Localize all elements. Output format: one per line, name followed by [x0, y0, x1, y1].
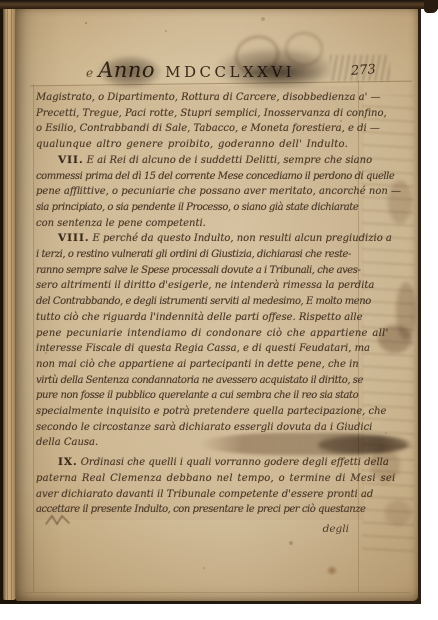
manuscript-line: tutto ciò che riguarda l'indennità delle…: [36, 310, 363, 326]
section-numeral: VIII.: [58, 232, 90, 244]
manuscript-line: del Contrabbando, e degli istrumenti ser…: [36, 294, 363, 310]
line-text: Ordinasi che quelli i quali vorranno god…: [81, 457, 389, 468]
manuscript-line: non mai ciò che appartiene ai partecipan…: [36, 357, 363, 373]
line-text: E ai Rei di alcuno de i suddetti Delitti…: [87, 155, 372, 166]
manuscript-line-viii: VIII.E perché da questo Indulto, non res…: [36, 231, 363, 247]
manuscript-line: pene afflittive, o pecuniarie che possan…: [36, 184, 363, 200]
section-numeral: IX.: [58, 456, 78, 468]
manuscript-line: pure non fosse il pubblico querelante a …: [36, 388, 363, 404]
manuscript-line: interesse Fiscale di questa Regia Cassa,…: [36, 341, 363, 357]
manuscript-line: specialmente inquisito e potrà pretender…: [36, 404, 363, 420]
manuscript-line: i terzi, o restino vulnerati gli ordini …: [36, 247, 363, 263]
header-anno: Anno: [98, 58, 155, 82]
manuscript-line: qualunque altro genere proibito, goderan…: [36, 137, 363, 153]
manuscript-photo: e Anno MDCCLXXVI 273 Magistrato, o Dipar…: [0, 0, 421, 604]
manuscript-line: ranno sempre salve le Spese processali d…: [36, 263, 363, 279]
manuscript-line: della Causa.: [36, 435, 363, 451]
ruled-line-bottom: [22, 592, 410, 593]
manuscript-line: secondo le circostanze sarà dichiarato e…: [36, 420, 363, 436]
manuscript-line: accettare il presente Indulto, con prese…: [36, 502, 363, 518]
line-text: E perché da questo Indulto, non resulti …: [93, 233, 392, 244]
section-numeral: VII.: [58, 154, 84, 166]
manuscript-line: aver dichiarato davanti il Tribunale com…: [36, 487, 363, 503]
manuscript-line: virtù della Sentenza condannatoria ne av…: [36, 373, 363, 389]
book-fore-edge: [3, 6, 17, 600]
manuscript-line: pene pecuniarie intendiamo di condonare …: [36, 326, 363, 342]
book-top-edge-corner: [424, 0, 438, 13]
manuscript-line: o Esilio, Contrabbandi di Sale, Tabacco,…: [36, 121, 363, 137]
manuscript-line-ix: IX.Ordinasi che quelli i quali vorranno …: [36, 455, 363, 471]
header-year-roman: MDCCLXXVI: [165, 63, 295, 81]
manuscript-line: sero altrimenti il diritto d'esigerle, n…: [36, 278, 363, 294]
manuscript-line-vii: VII.E ai Rei di alcuno de i suddetti Del…: [36, 153, 363, 169]
catchword: degli: [36, 523, 363, 535]
book-top-edge: [0, 0, 438, 9]
manuscript-text-block: Magistrato, o Dipartimento, Rottura di C…: [36, 90, 363, 535]
manuscript-line: con sentenza le pene competenti.: [36, 216, 363, 232]
scan-canvas: e Anno MDCCLXXVI 273 Magistrato, o Dipar…: [0, 0, 438, 620]
manuscript-line: Magistrato, o Dipartimento, Rottura di C…: [36, 90, 363, 106]
page-number: 273: [351, 62, 377, 79]
manuscript-line: commessi prima del dì 15 del corrente Me…: [36, 169, 363, 185]
manuscript-line: sia principiato, o sia pendente il Proce…: [36, 200, 363, 216]
page-header: e Anno MDCCLXXVI: [86, 58, 295, 82]
manuscript-line: Precetti, Tregue, Paci rotte, Stupri sem…: [36, 106, 363, 122]
manuscript-line: paterna Real Clemenza debbano nel tempo,…: [36, 471, 363, 487]
ruled-line-left: [33, 84, 34, 592]
header-flourish: e: [86, 66, 93, 80]
